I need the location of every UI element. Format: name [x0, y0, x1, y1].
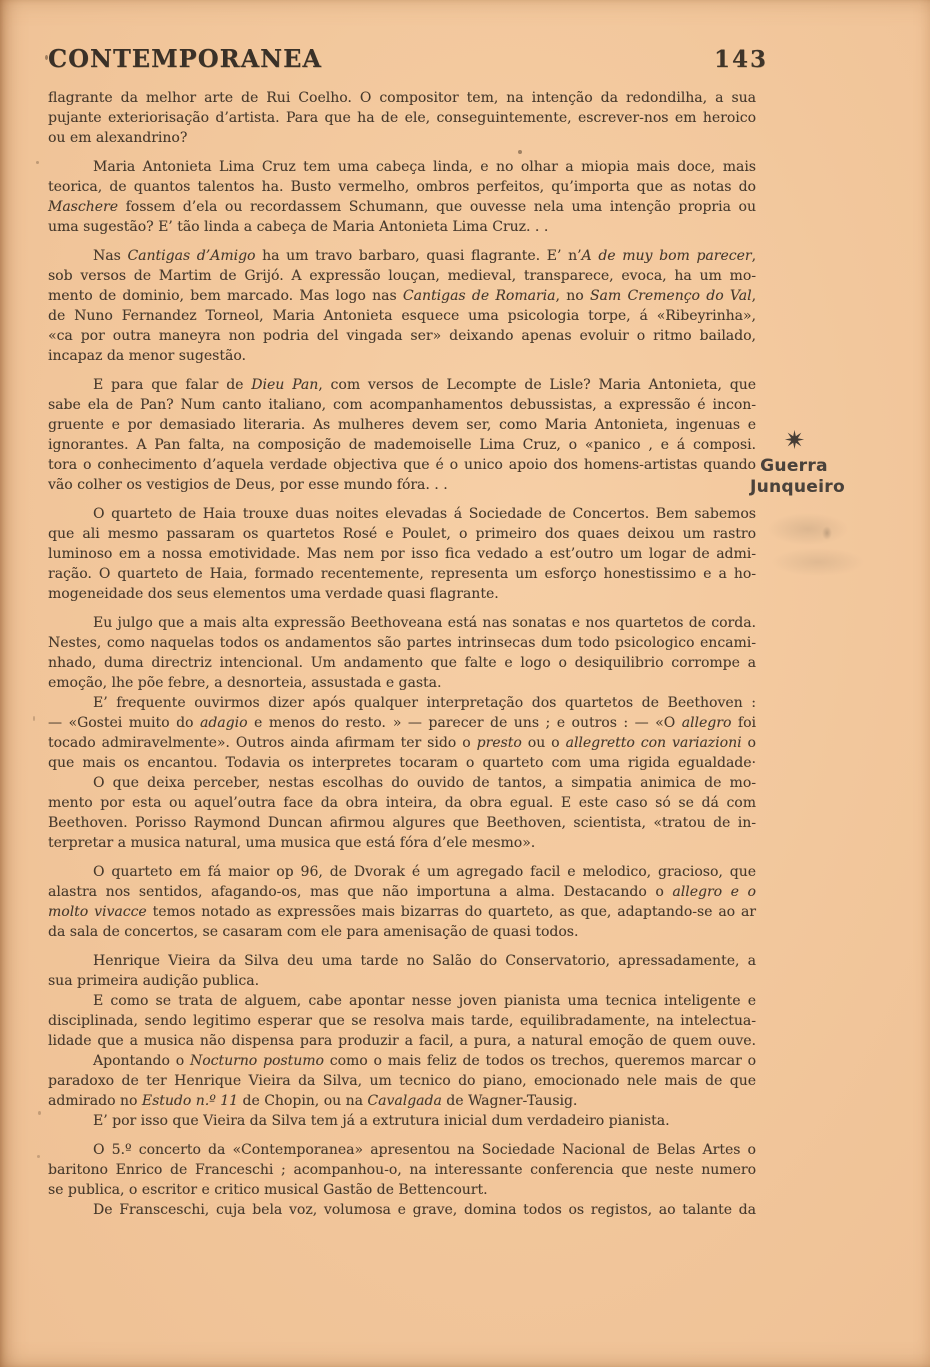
paragraph: O que deixa perceber, nestas escolhas do… — [48, 773, 756, 853]
text-line: admirado no Estudo n.º 11 de Chopin, ou … — [48, 1091, 756, 1111]
text-line: incapaz da menor sugestão. — [48, 346, 756, 366]
text-line: O quarteto de Haia trouxe duas noites el… — [48, 504, 756, 524]
paper-speck — [45, 55, 48, 60]
text-line: de Nuno Fernandez Torneol, Maria Antonie… — [48, 306, 756, 326]
text-line: nhado, duma directriz intencional. Um an… — [48, 653, 756, 673]
paragraph: E’ por isso que Vieira da Silva tem já a… — [48, 1111, 756, 1131]
paragraph: O 5.º concerto da «Contemporanea» aprese… — [48, 1140, 756, 1200]
text-line: se publica, o escritor e critico musical… — [48, 1180, 756, 1200]
text-line: ignorantes. A Pan falta, na composição d… — [48, 435, 756, 455]
text-line: O que deixa perceber, nestas escolhas do… — [48, 773, 756, 793]
ink-bleedthrough-smudge — [768, 513, 848, 545]
text-line: E como se trata de alguem, cabe apontar … — [48, 991, 756, 1011]
text-line: Beethoven. Porisso Raymond Duncan afirmo… — [48, 813, 756, 833]
text-line: emoção, lhe põe febre, a desnorteia, ass… — [48, 673, 756, 693]
text-line: Eu julgo que a mais alta expressão Beeth… — [48, 613, 756, 633]
text-line: «ca por outra maneyra non podria del vin… — [48, 326, 756, 346]
text-line: baritono Enrico de Franceschi ; acompanh… — [48, 1160, 756, 1180]
paper-speck — [36, 161, 39, 164]
text-line: flagrante da melhor arte de Rui Coelho. … — [48, 88, 756, 108]
star-ornament-icon — [750, 429, 838, 453]
ink-bleedthrough-smudge — [772, 548, 864, 576]
page-number: 143 — [714, 46, 768, 73]
scanned-page: CONTEMPORANEA 143 flagrante da melhor ar… — [0, 0, 930, 1367]
text-line: luminoso em a nossa emotividade. Mas nem… — [48, 544, 756, 564]
text-line: da sala de concertos, se casaram com ele… — [48, 922, 756, 942]
text-line: tocado admiravelmente». Outros ainda afi… — [48, 733, 756, 753]
text-line: pujante exteriorisação d’artista. Para q… — [48, 108, 756, 128]
text-line: E para que falar de Dieu Pan, com versos… — [48, 375, 756, 395]
page-header: CONTEMPORANEA 143 — [48, 44, 768, 73]
paragraph: Nas Cantigas d’Amigo ha um travo barbaro… — [48, 246, 756, 366]
text-line: disciplinada, sendo legitimo esperar que… — [48, 1011, 756, 1031]
paragraph: flagrante da melhor arte de Rui Coelho. … — [48, 88, 756, 148]
paper-speck — [37, 1155, 40, 1158]
text-line: sabe ela de Pan? Num canto italiano, com… — [48, 395, 756, 415]
paragraph: O quarteto de Haia trouxe duas noites el… — [48, 504, 756, 604]
text-line: paradoxo de ter Henrique Vieira da Silva… — [48, 1071, 756, 1091]
paragraph: Maria Antonieta Lima Cruz tem uma cabeça… — [48, 157, 756, 237]
text-line: E’ frequente ouvirmos dizer após qualque… — [48, 693, 756, 713]
text-line: E’ por isso que Vieira da Silva tem já a… — [48, 1111, 756, 1131]
paragraph: E’ frequente ouvirmos dizer após qualque… — [48, 693, 756, 773]
text-line: sob versos de Martim de Grijó. A express… — [48, 266, 756, 286]
ink-bleedthrough-smudge — [822, 526, 832, 540]
text-line: Henrique Vieira da Silva deu uma tarde n… — [48, 951, 756, 971]
text-line: vão colher os vestigios de Deus, por ess… — [48, 475, 756, 495]
text-line: O quarteto em fá maior op 96, de Dvorak … — [48, 862, 756, 882]
paper-speck — [33, 716, 35, 721]
paper-speck — [518, 150, 522, 154]
text-line: molto vivacce temos notado as expressões… — [48, 902, 756, 922]
text-line: Nestes, como naquelas todos os andamento… — [48, 633, 756, 653]
text-line: terpretar a musica natural, uma musica q… — [48, 833, 756, 853]
text-line: que ali mesmo passaram os quartetos Rosé… — [48, 524, 756, 544]
margin-note-name-line-1: Guerra — [750, 456, 838, 477]
text-line: sua primeira audição publica. — [48, 971, 756, 991]
text-line: ração. O quarteto de Haia, formado recen… — [48, 564, 756, 584]
text-line: uma sugestão? E’ tão linda a cabeça de M… — [48, 217, 756, 237]
text-line: — «Gostei muito do adagio e menos do res… — [48, 713, 756, 733]
paragraph: Apontando o Nocturno postumo como o mais… — [48, 1051, 756, 1111]
paragraph: Henrique Vieira da Silva deu uma tarde n… — [48, 951, 756, 991]
paragraph: E para que falar de Dieu Pan, com versos… — [48, 375, 756, 495]
text-line: alastra nos sentidos, afagando-os, mas q… — [48, 882, 756, 902]
text-line: que mais os encantou. Todavia os interpr… — [48, 753, 756, 773]
paragraph: E como se trata de alguem, cabe apontar … — [48, 991, 756, 1051]
paper-speck — [38, 1111, 41, 1115]
text-line: lidade que a musica não dispensa para pr… — [48, 1031, 756, 1051]
text-line: mogeneidade dos seus elementos uma verda… — [48, 584, 756, 604]
text-line: Nas Cantigas d’Amigo ha um travo barbaro… — [48, 246, 756, 266]
text-line: ou em alexandrino? — [48, 128, 756, 148]
text-line: mento de dominio, bem marcado. Mas logo … — [48, 286, 756, 306]
text-line: mento por esta ou aquel’outra face da ob… — [48, 793, 756, 813]
text-line: Maria Antonieta Lima Cruz tem uma cabeça… — [48, 157, 756, 177]
text-line: De Fransceschi, cuja bela voz, volumosa … — [48, 1200, 756, 1220]
paragraph: O quarteto em fá maior op 96, de Dvorak … — [48, 862, 756, 942]
text-line: gruente e por demasiado literaria. As mu… — [48, 415, 756, 435]
paragraph: De Fransceschi, cuja bela voz, volumosa … — [48, 1200, 756, 1220]
margin-note-name-line-2: Junqueiro — [750, 477, 838, 498]
text-line: tora o conhecimento d’aquela verdade obj… — [48, 455, 756, 475]
text-line: O 5.º concerto da «Contemporanea» aprese… — [48, 1140, 756, 1160]
text-line: teorica, de quantos talentos ha. Busto v… — [48, 177, 756, 197]
text-line: Apontando o Nocturno postumo como o mais… — [48, 1051, 756, 1071]
article-text: flagrante da melhor arte de Rui Coelho. … — [48, 88, 756, 1220]
paragraph: Eu julgo que a mais alta expressão Beeth… — [48, 613, 756, 693]
margin-note-guerra-junqueiro: Guerra Junqueiro — [750, 429, 838, 498]
journal-title: CONTEMPORANEA — [48, 44, 322, 73]
text-line: Maschere fossem d’ela ou recordassem Sch… — [48, 197, 756, 217]
